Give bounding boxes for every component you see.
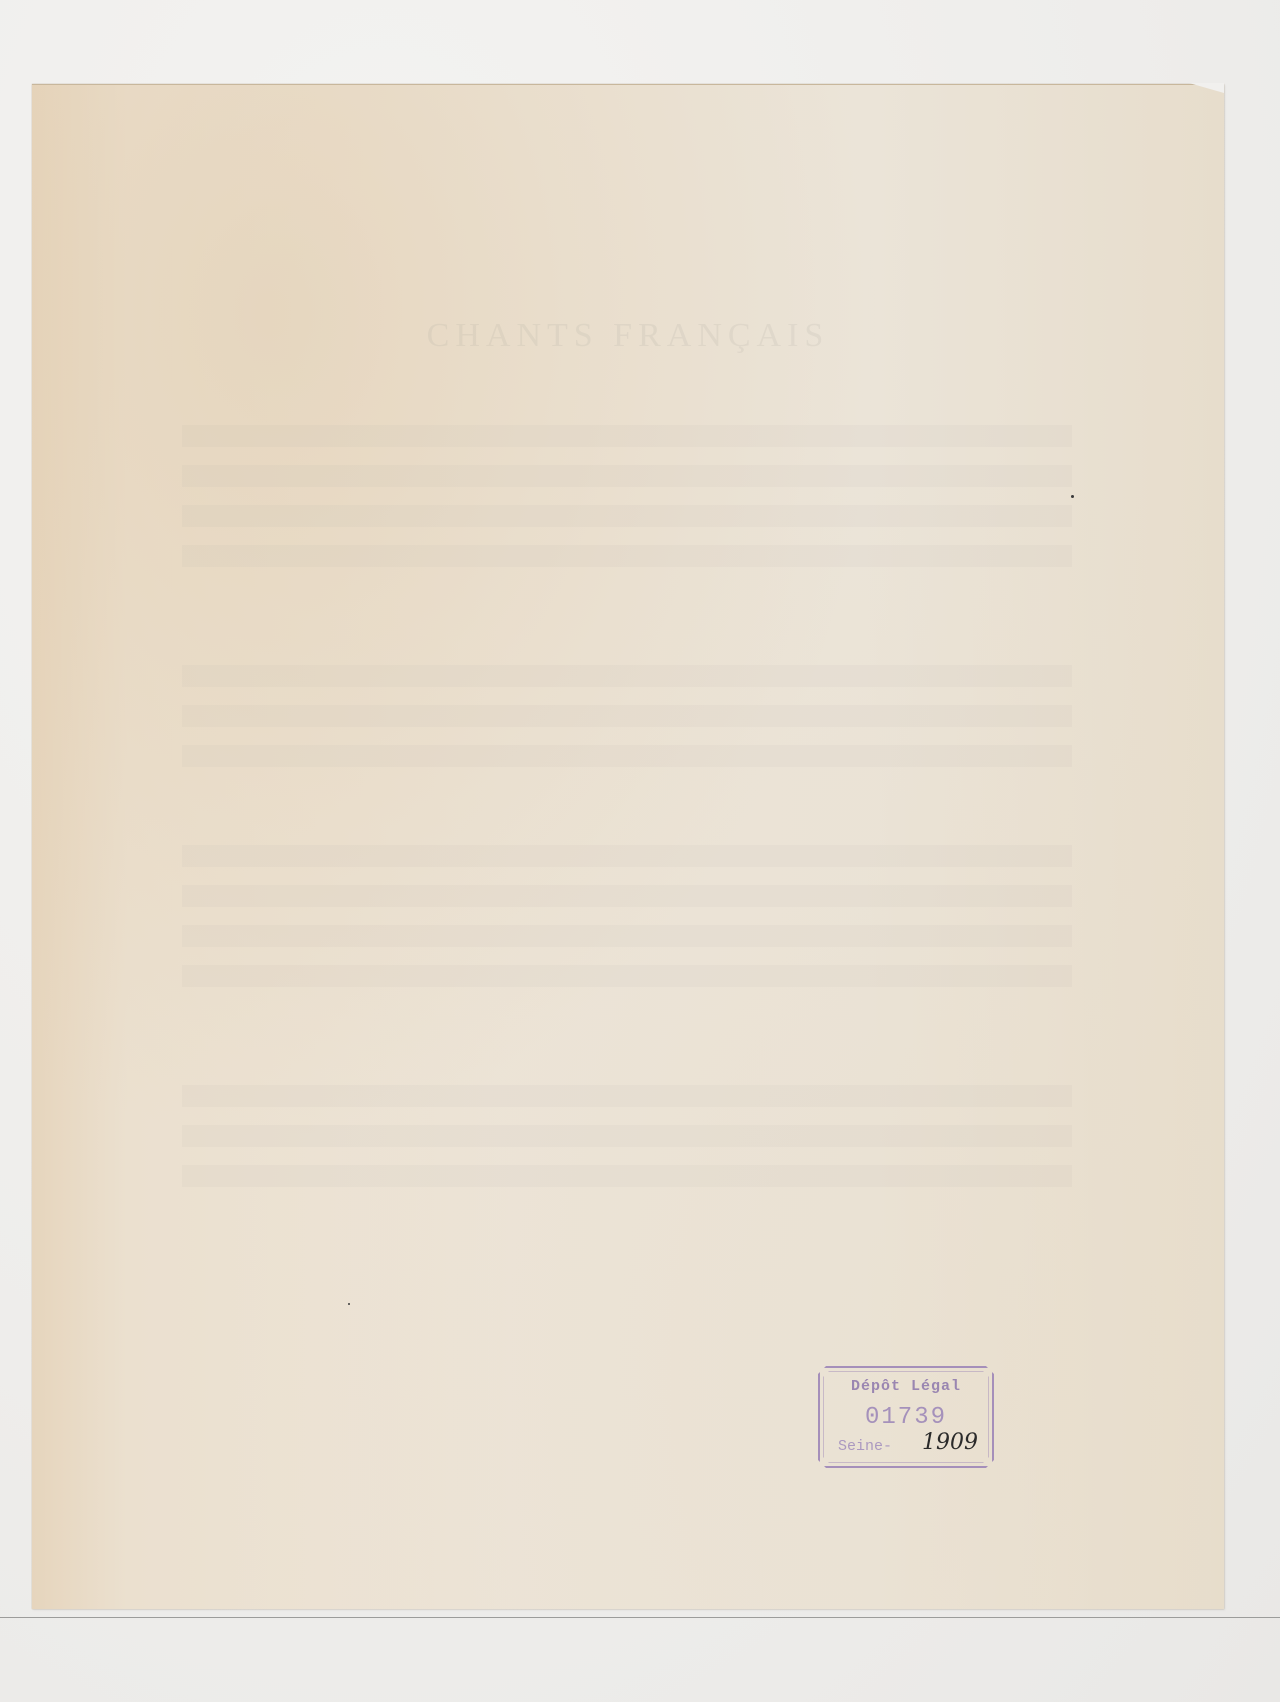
showthrough-title: CHANTS FRANÇAIS xyxy=(32,317,1224,355)
paper-speck xyxy=(348,1303,350,1305)
ghost-line xyxy=(182,545,1072,567)
stamp-title: Dépôt Légal xyxy=(820,1378,992,1395)
ghost-line xyxy=(182,665,1072,687)
stamp-number: 01739 xyxy=(820,1404,992,1431)
ghost-line xyxy=(182,965,1072,987)
ghost-line xyxy=(182,1085,1072,1107)
ghost-line xyxy=(182,1165,1072,1187)
ghost-line xyxy=(182,925,1072,947)
ghost-line xyxy=(182,845,1072,867)
showthrough-text-block xyxy=(182,665,1072,785)
showthrough-text-block xyxy=(182,1085,1072,1205)
torn-corner xyxy=(1174,83,1224,93)
ghost-line xyxy=(182,745,1072,767)
showthrough-text-block xyxy=(182,845,1072,1005)
ghost-line xyxy=(182,425,1072,447)
ghost-line xyxy=(182,505,1072,527)
ghost-line xyxy=(182,705,1072,727)
ghost-line xyxy=(182,1125,1072,1147)
ghost-line xyxy=(182,465,1072,487)
ghost-line xyxy=(182,885,1072,907)
stamp-place: Seine- xyxy=(838,1438,892,1455)
depot-legal-stamp: Dépôt Légal 01739 Seine- 1909 xyxy=(818,1366,994,1468)
scan-bottom-rule xyxy=(0,1617,1280,1618)
showthrough-text-block xyxy=(182,425,1072,585)
stamp-year-handwritten: 1909 xyxy=(922,1430,978,1455)
paper-speck xyxy=(1071,495,1074,498)
paper-page: CHANTS FRANÇAIS xyxy=(32,84,1224,1609)
